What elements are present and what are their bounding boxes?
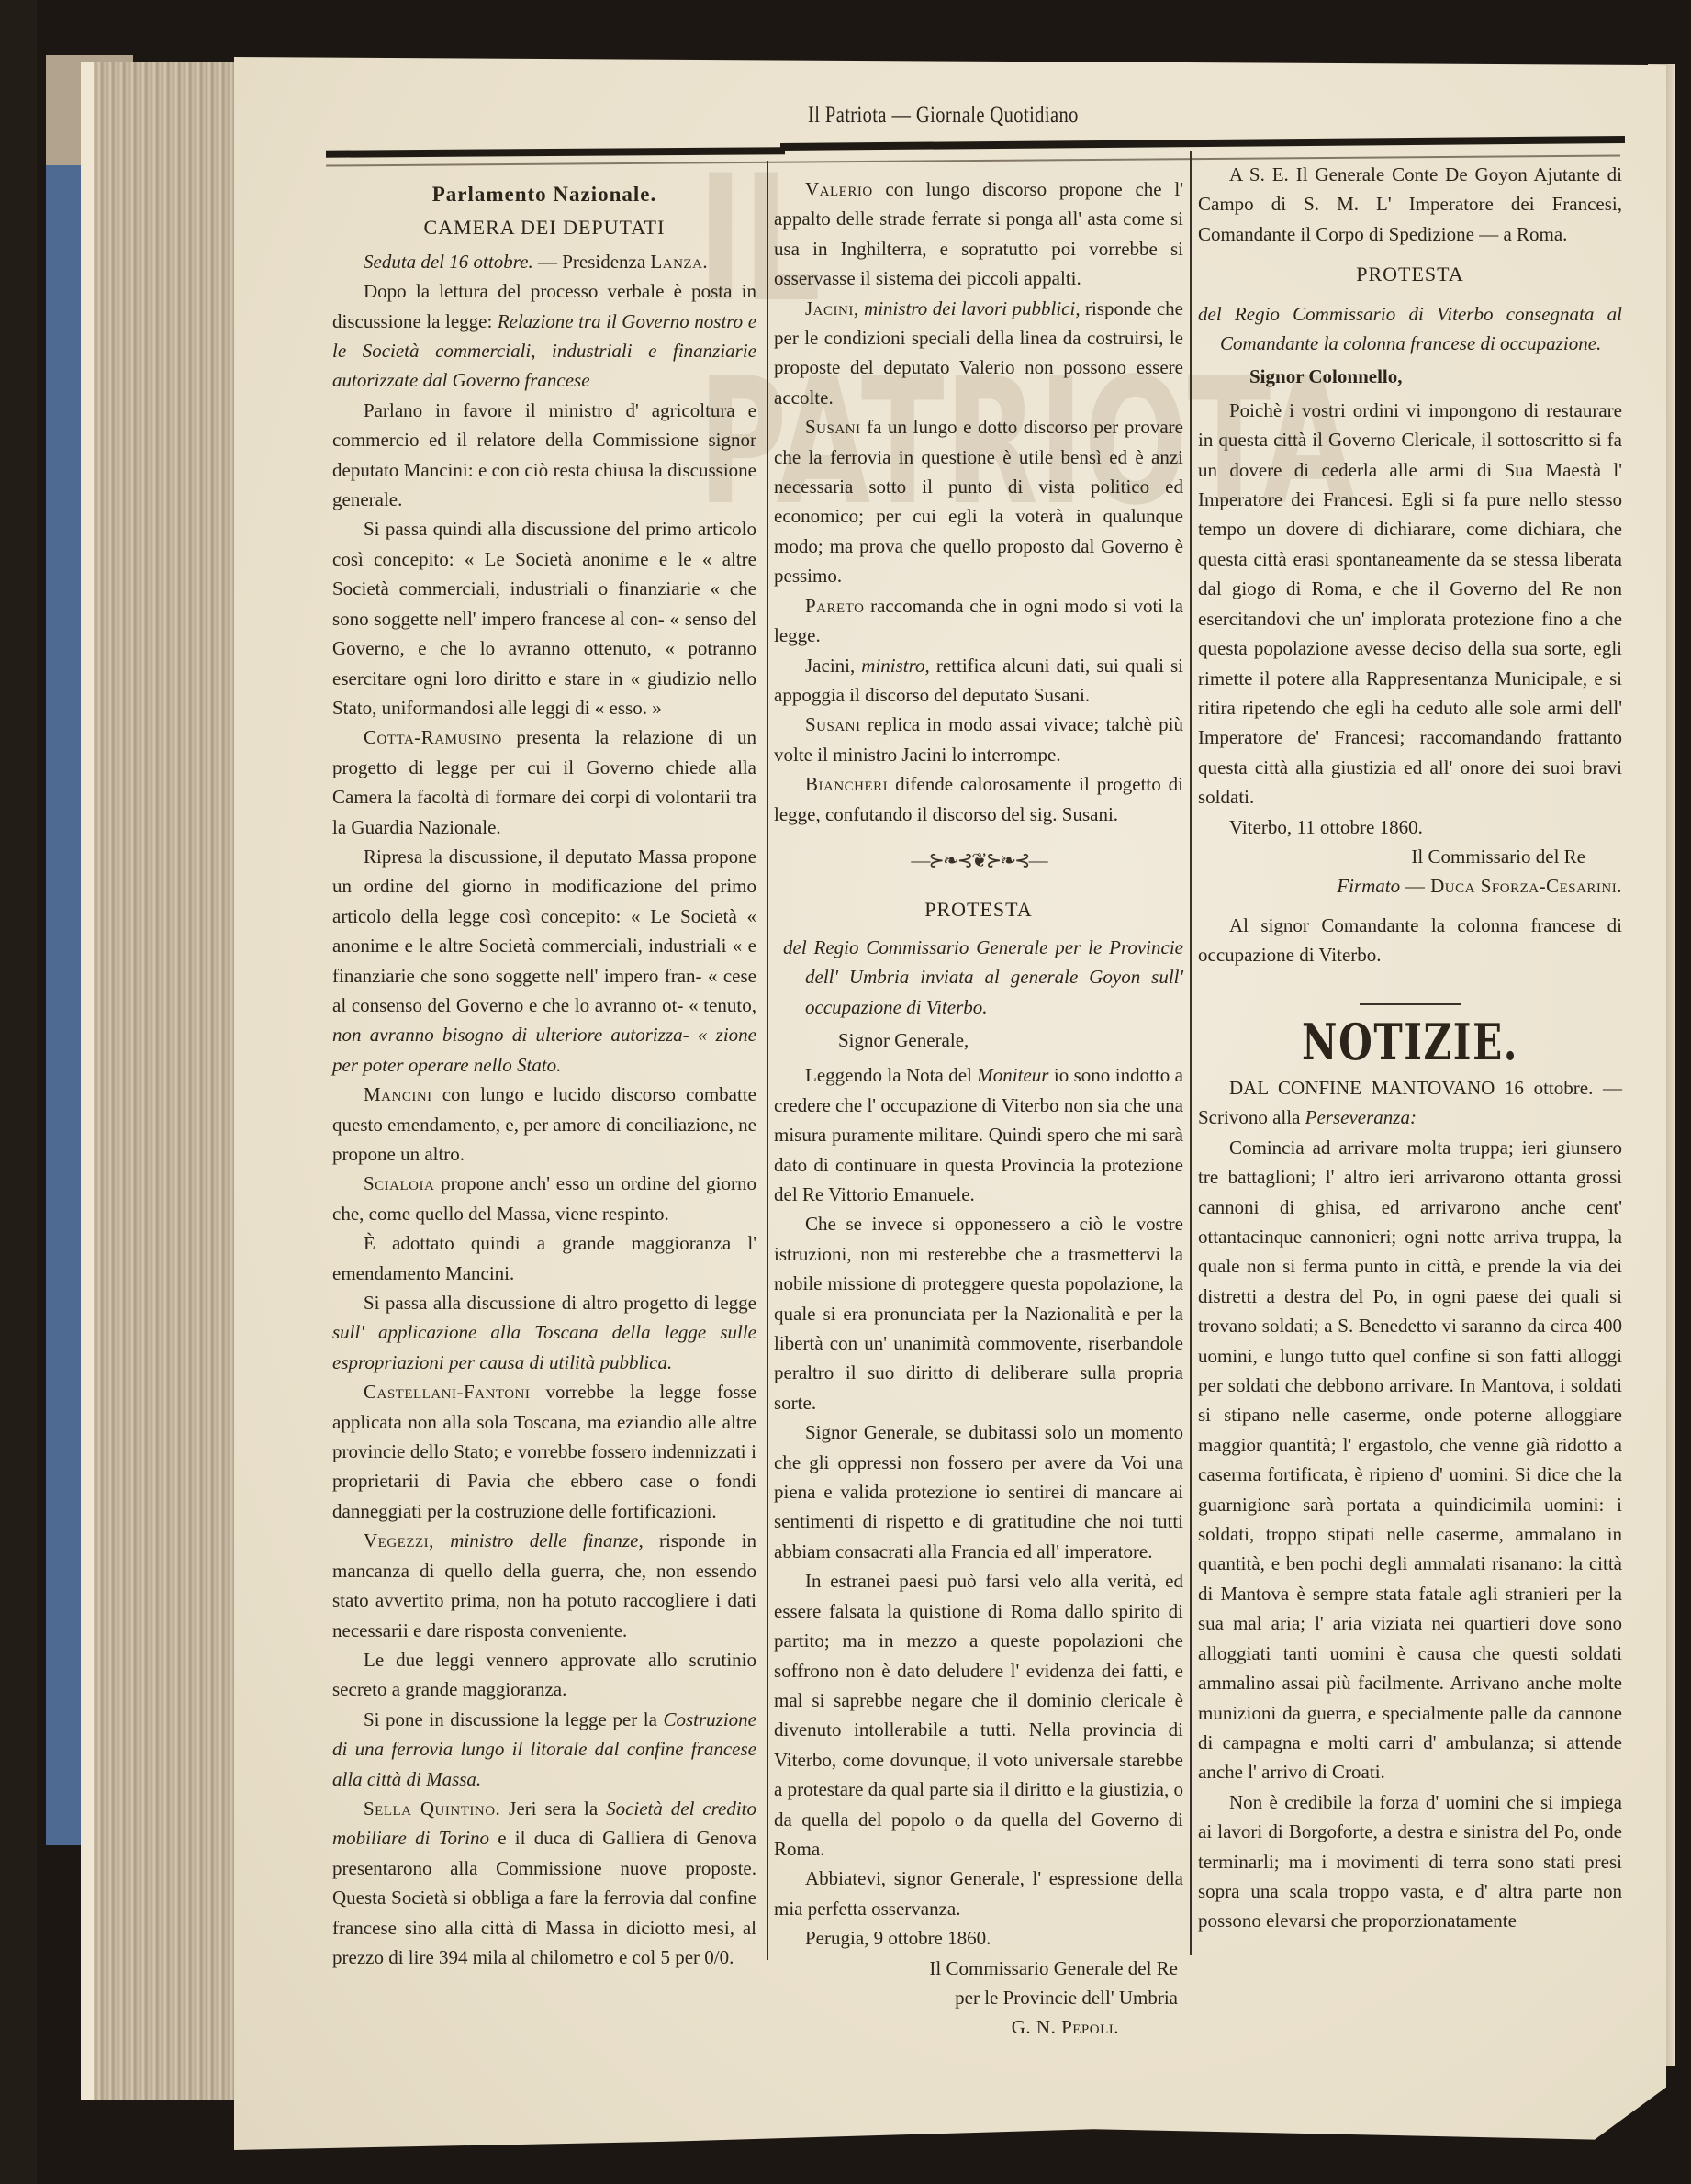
page-stack-edges — [81, 62, 250, 2100]
news-dateline: DAL CONFINE MANTOVANO 16 ottobre. — Scri… — [1198, 1073, 1622, 1133]
news-heading: NOTIZIE. — [1245, 1027, 1575, 1057]
paragraph: Susani replica in modo assai vivace; tal… — [774, 710, 1183, 769]
paragraph: Cotta-Ramusino presenta la relazione di … — [332, 722, 756, 842]
place-date: Viterbo, 11 ottobre 1860. — [1198, 812, 1622, 842]
addressee: Al signor Comandante la colonna francese… — [1198, 911, 1622, 970]
masthead-title: Il Patriota — Giornale Quotidiano — [808, 103, 1079, 129]
signature-name: G. N. Pepoli. — [774, 2012, 1183, 2042]
signature-line: per le Provincie dell' Umbria — [774, 1983, 1183, 2012]
letter-paragraph: Poichè i vostri ordini vi impongono di r… — [1198, 396, 1622, 812]
paragraph: Si passa quindi alla discussione del pri… — [332, 514, 756, 722]
section-rule — [1360, 1003, 1461, 1005]
paragraph: Vegezzi, ministro delle finanze, rispond… — [332, 1526, 756, 1645]
address-block: A S. E. Il Generale Conte De Goyon Ajuta… — [1198, 160, 1622, 249]
protest-subtitle: del Regio Commissario di Viterbo consegn… — [1198, 299, 1622, 359]
signature-line: Il Commissario del Re — [1198, 842, 1622, 871]
paragraph: Si passa alla discussione di altro proge… — [332, 1288, 756, 1377]
column-protest-umbria: Valerio con lungo discorso propone che l… — [774, 174, 1183, 2043]
letter-paragraph: Signor Generale, se dubitassi solo un mo… — [774, 1417, 1183, 1566]
letter-paragraph: Che se invece si opponessero a ciò le vo… — [774, 1209, 1183, 1417]
section-heading: Parlamento Nazionale. — [332, 180, 756, 209]
signature-line: Il Commissario Generale del Re — [774, 1954, 1183, 1983]
paragraph: Parlano in favore il ministro d' agricol… — [332, 396, 756, 515]
section-subheading: CAMERA DEI DEPUTATI — [332, 213, 756, 242]
place-date: Perugia, 9 ottobre 1860. — [774, 1923, 1183, 1953]
paragraph: Le due leggi vennero approvate allo scru… — [332, 1645, 756, 1705]
paragraph: Jacini, ministro dei lavori pubblici, ri… — [774, 294, 1183, 413]
paragraph: Susani fa un lungo e dotto discorso per … — [774, 412, 1183, 590]
column-divider — [1190, 151, 1192, 1955]
letter-paragraph: Leggendo la Nota del Moniteur io sono in… — [774, 1060, 1183, 1209]
paragraph: Pareto raccomanda che in ogni modo si vo… — [774, 591, 1183, 651]
protest-subtitle: del Regio Commissario Generale per le Pr… — [783, 933, 1183, 1022]
salutation: Signor Generale, — [774, 1025, 1183, 1055]
paragraph: Dopo la lettura del processo verbale è p… — [332, 276, 756, 396]
paragraph: Jacini, ministro, rettifica alcuni dati,… — [774, 651, 1183, 711]
paragraph: Castellani-Fantoni vorrebbe la legge fos… — [332, 1377, 756, 1526]
paragraph: Valerio con lungo discorso propone che l… — [774, 174, 1183, 294]
paragraph: Mancini con lungo e lucido discorso comb… — [332, 1080, 756, 1169]
paragraph: Biancheri difende calorosamente il proge… — [774, 769, 1183, 829]
news-paragraph: Comincia ad arrivare molta truppa; ieri … — [1198, 1133, 1622, 1787]
letter-paragraph: In estranei paesi può farsi velo alla ve… — [774, 1566, 1183, 1864]
letter-paragraph: Abbiatevi, signor Generale, l' espressio… — [774, 1864, 1183, 1923]
signature-line: Firmato — Duca Sforza-Cesarini. — [1198, 871, 1622, 901]
scanner-frame — [0, 0, 37, 2184]
paragraph: È adottato quindi a grande maggioranza l… — [332, 1228, 756, 1288]
column-divider — [767, 161, 768, 1960]
protest-title: PROTESTA — [774, 895, 1183, 924]
paragraph: Sella Quintino. Jeri sera la Società del… — [332, 1794, 756, 1972]
ornament-divider: —⊱❧⊰❦⊱❧⊰— — [774, 846, 1183, 875]
paragraph: Ripresa la discussione, il deputato Mass… — [332, 842, 756, 1080]
salutation: Signor Colonnello, — [1198, 362, 1622, 391]
column-parliament: Parlamento Nazionale. CAMERA DEI DEPUTAT… — [332, 180, 756, 1972]
protest-title: PROTESTA — [1198, 260, 1622, 289]
column-protest-viterbo: A S. E. Il Generale Conte De Goyon Ajuta… — [1198, 160, 1622, 1936]
paragraph: Scialoia propone anch' esso un ordine de… — [332, 1169, 756, 1228]
paragraph: Si pone in discussione la legge per la C… — [332, 1705, 756, 1794]
news-paragraph: Non è credibile la forza d' uomini che s… — [1198, 1787, 1622, 1936]
session-line: Seduta del 16 ottobre. — Presidenza Lanz… — [332, 247, 756, 276]
